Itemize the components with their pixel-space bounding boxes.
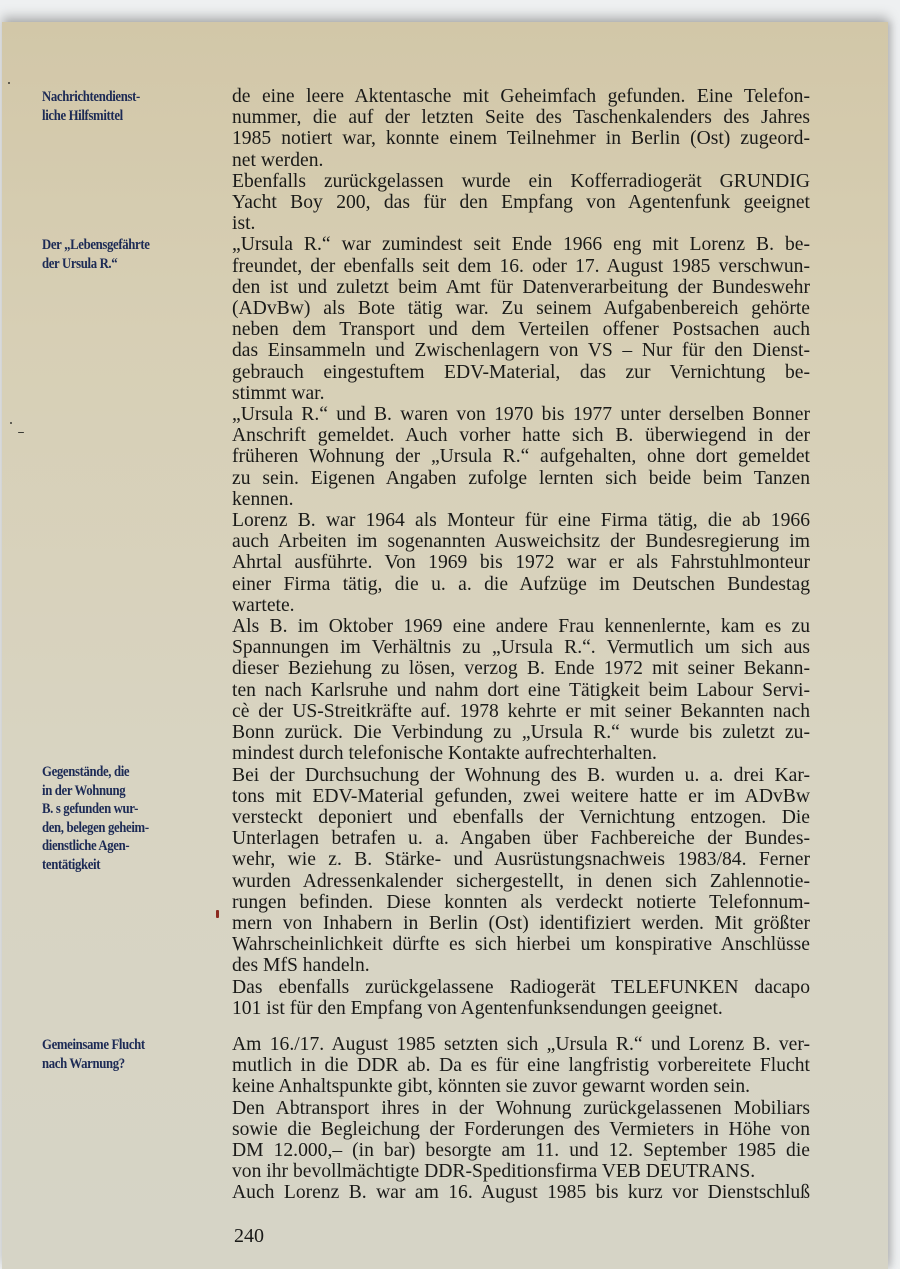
text-line: Anschrift gemeldet. Auch vorher hatte si… [232, 425, 810, 446]
paragraph: Das ebenfalls zurückgelassene Radiogerät… [232, 977, 810, 1019]
text-line: Wahrscheinlichkeit dürfte es sich hierbe… [232, 934, 810, 955]
text-line: des MfS handeln. [232, 955, 810, 976]
page-number: 240 [234, 1225, 264, 1248]
margin-note-flucht: Gemeinsame Flucht nach Warnung? [42, 1036, 192, 1073]
body-text-main: de eine leere Aktentasche mit Geheimfach… [232, 86, 810, 1019]
text-line: (ADvBw) als Bote tätig war. Zu seinem Au… [232, 298, 810, 319]
text-line: Spannungen im Verhältnis zu „Ursula R.“.… [232, 637, 810, 658]
text-line: wehr, wie z. B. Stärke- und Ausrüstungsn… [232, 849, 810, 870]
margin-note-line: Nachrichtendienst- [42, 88, 192, 107]
document-page: Nachrichtendienst- liche Hilfsmittel Der… [2, 22, 888, 1269]
margin-note-line: dienstliche Agen- [42, 837, 192, 856]
margin-note-line: Gegenstände, die [42, 763, 192, 782]
paragraph: Ebenfalls zurückgelassen wurde ein Koffe… [232, 171, 810, 235]
text-line: rungen befinden. Diese konnten als verde… [232, 892, 810, 913]
paper-dust-mark [8, 82, 10, 84]
text-line: wartete. [232, 595, 810, 616]
paper-dust-mark [18, 432, 24, 433]
text-line: Auch Lorenz B. war am 16. August 1985 bi… [232, 1182, 810, 1203]
text-line: keine Anhaltspunkte gibt, könnten sie zu… [232, 1076, 810, 1097]
margin-note-line: der Ursula R.“ [42, 255, 192, 274]
text-line: 1985 notiert war, konnte einem Teilnehme… [232, 128, 810, 149]
paragraph: Lorenz B. war 1964 als Monteur für eine … [232, 510, 810, 616]
margin-note-line: Der „Lebensgefährte [42, 236, 192, 255]
text-line: gebrauch eingestuftem EDV-Material, das … [232, 362, 810, 383]
paragraph: de eine leere Aktentasche mit Geheimfach… [232, 86, 810, 171]
text-line: ten nach Karlsruhe und nahm dort eine Tä… [232, 680, 810, 701]
margin-note-lebensgefaehrte: Der „Lebensgefährte der Ursula R.“ [42, 236, 192, 273]
text-line: 101 ist für den Empfang von Agentenfunks… [232, 998, 810, 1019]
margin-note-line: tentätigkeit [42, 856, 192, 875]
paragraph: „Ursula R.“ war zumindest seit Ende 1966… [232, 234, 810, 404]
text-line: Lorenz B. war 1964 als Monteur für eine … [232, 510, 810, 531]
text-line: auch Arbeiten im sogenannten Ausweichsit… [232, 531, 810, 552]
body-text-flucht: Am 16./17. August 1985 setzten sich „Urs… [232, 1034, 810, 1204]
text-line: nummer, die auf der letzten Seite des Ta… [232, 107, 810, 128]
text-line: Unterlagen betrafen u. a. Angaben über F… [232, 828, 810, 849]
text-line: cè der US-Streitkräfte auf. 1978 kehrte … [232, 701, 810, 722]
text-line: tons mit EDV-Material gefunden, zwei wei… [232, 786, 810, 807]
text-line: Am 16./17. August 1985 setzten sich „Urs… [232, 1034, 810, 1055]
text-line: DM 12.000,– (in bar) besorgte am 11. und… [232, 1140, 810, 1161]
text-line: Das ebenfalls zurückgelassene Radiogerät… [232, 977, 810, 998]
margin-note-line: Gemeinsame Flucht [42, 1036, 192, 1055]
text-line: zu sein. Eigenen Angaben zufolge lernten… [232, 468, 810, 489]
text-line: das Einsammeln und Zwischenlagern von VS… [232, 340, 810, 361]
text-line: einer Firma tätig, die u. a. die Aufzüge… [232, 574, 810, 595]
paragraph: Als B. im Oktober 1969 eine andere Frau … [232, 616, 810, 764]
text-line: sowie die Begleichung der Forderungen de… [232, 1119, 810, 1140]
text-line: Ahrtal ausführte. Von 1969 bis 1972 war … [232, 552, 810, 573]
text-line: neben dem Transport und dem Verteilen of… [232, 319, 810, 340]
margin-note-line: den, belegen geheim- [42, 819, 192, 838]
margin-note-hilfsmittel: Nachrichtendienst- liche Hilfsmittel [42, 88, 192, 125]
text-line: Als B. im Oktober 1969 eine andere Frau … [232, 616, 810, 637]
text-line: dieser Beziehung zu lösen, verzog B. End… [232, 658, 810, 679]
text-line: Bonn zurück. Die Verbindung zu „Ursula R… [232, 722, 810, 743]
text-line: Ebenfalls zurückgelassen wurde ein Koffe… [232, 171, 810, 192]
paragraph: „Ursula R.“ und B. waren von 1970 bis 19… [232, 404, 810, 510]
margin-note-gegenstaende: Gegenstände, die in der Wohnung B. s gef… [42, 763, 192, 874]
ink-speck-mark [216, 910, 219, 918]
text-line: den ist und zuletzt beim Amt für Datenve… [232, 277, 810, 298]
text-line: mern von Inhabern in Berlin (Ost) identi… [232, 913, 810, 934]
text-line: wurden Adressenkalender sichergestellt, … [232, 871, 810, 892]
text-line: von ihr bevollmächtigte DDR-Speditionsfi… [232, 1161, 810, 1182]
text-line: de eine leere Aktentasche mit Geheimfach… [232, 86, 810, 107]
paragraph: Am 16./17. August 1985 setzten sich „Urs… [232, 1034, 810, 1204]
text-line: „Ursula R.“ und B. waren von 1970 bis 19… [232, 404, 810, 425]
text-line: Yacht Boy 200, das für den Empfang von A… [232, 192, 810, 213]
text-line: „Ursula R.“ war zumindest seit Ende 1966… [232, 234, 810, 255]
text-line: freundet, der ebenfalls seit dem 16. ode… [232, 256, 810, 277]
text-line: stimmt war. [232, 383, 810, 404]
text-line: versteckt deponiert und ebenfalls der Ve… [232, 807, 810, 828]
text-line: mutlich in die DDR ab. Da es für eine la… [232, 1055, 810, 1076]
text-line: ist. [232, 213, 810, 234]
text-line: Den Abtransport ihres in der Wohnung zur… [232, 1098, 810, 1119]
paragraph: Bei der Durchsuchung der Wohnung des B. … [232, 765, 810, 977]
text-line: kennen. [232, 489, 810, 510]
text-line: mindest durch telefonische Kontakte aufr… [232, 743, 810, 764]
margin-note-line: liche Hilfsmittel [42, 107, 192, 126]
text-line: net werden. [232, 150, 810, 171]
margin-note-line: nach Warnung? [42, 1055, 192, 1074]
margin-note-line: in der Wohnung [42, 782, 192, 801]
paper-dust-mark [10, 422, 12, 424]
text-line: früheren Wohnung der „Ursula R.“ aufgeha… [232, 446, 810, 467]
text-line: Bei der Durchsuchung der Wohnung des B. … [232, 765, 810, 786]
margin-note-line: B. s gefunden wur- [42, 800, 192, 819]
